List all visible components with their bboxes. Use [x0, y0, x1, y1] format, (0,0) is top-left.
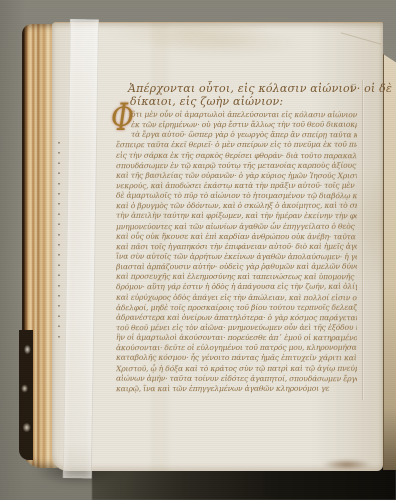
- stain-top-edge: [150, 28, 300, 58]
- manuscript-text-line: ἔσπειρε ταῦτα ἐκεῖ θεριεῖ· ὁ μὲν σπείρων…: [116, 140, 357, 151]
- facing-page-fore-edge: [383, 54, 396, 470]
- manuscript-text-line: καὶ τῆς βασιλείας τῶν οὐρανῶν· ὁ γὰρ κύρ…: [116, 171, 357, 182]
- manuscript-text-line: μνημονεύοντες καὶ τῶν αἰωνίων ἀγαθῶν ὧν …: [116, 221, 357, 232]
- manuscript-text-line: καὶ πᾶσι τοῖς ἠγαπηκόσι τὴν ἐπιφάνειαν α…: [116, 242, 357, 253]
- manuscript-photo: Ἀπέρχονται οὗτοι, εἰς κόλασιν αἰώνιον· ο…: [0, 0, 396, 500]
- manuscript-text-line: Χριστοῦ, ᾧ ἡ δόξα καὶ τὸ κράτος σὺν τῷ π…: [116, 363, 357, 374]
- manuscript-text-line: καταβολῆς κόσμου· ἧς γένοιτο πάντας ἡμᾶς…: [116, 353, 357, 364]
- pricking-holes: [58, 142, 60, 344]
- crease-right: [362, 80, 363, 400]
- manuscript-text-line: καὶ οὖς οὐκ ἤκουσε καὶ ἐπὶ καρδίαν ἀνθρώ…: [116, 231, 357, 242]
- manuscript-text-line: καὶ εὐρύχωρος ὁδὸς ἀπάγει εἰς τὴν ἀπώλει…: [116, 292, 357, 303]
- body-text-block: ὅτι μὲν οὖν οἱ ἁμαρτωλοὶ ἀπελεύσονται εἰ…: [116, 110, 358, 394]
- manuscript-text-line: ὅτι μὲν οὖν οἱ ἁμαρτωλοὶ ἀπελεύσονται εἰ…: [116, 110, 357, 121]
- manuscript-text-line: ἀδελφοί, μηδὲ τοῖς προσκαίροις τοῦ βίου …: [116, 302, 357, 313]
- manuscript-text-line: νεκρούς, καὶ ἀποδώσει ἑκάστῳ κατὰ τὴν πρ…: [116, 181, 357, 192]
- manuscript-text-line: ἵνα σὺν αὐτοῖς τῶν ἀρρήτων ἐκείνων ἀγαθῶ…: [116, 252, 357, 263]
- manuscript-text-line: δρόμον· αὕτη γάρ ἐστιν ἡ ὁδὸς ἡ ἀπάγουσα…: [116, 282, 357, 293]
- manuscript-text-line: ἀδρανέστερα καὶ ὀνείρων ἀπατηλότερα· ὁ γ…: [116, 313, 357, 324]
- manuscript-text-line: τοῦ θεοῦ μένει εἰς τὸν αἰῶνα· μνημονεύωμ…: [116, 323, 357, 334]
- binding-edge: [19, 330, 33, 460]
- text-block: Ἀπέρχονται οὗτοι, εἰς κόλασιν αἰώνιον· ο…: [116, 82, 366, 108]
- manuscript-text-line: εἰς τὴν σάρκα ἐκ τῆς σαρκὸς θερίσει φθορ…: [116, 150, 357, 161]
- manuscript-text-line: καιρῷ, ἵνα καὶ τῶν ἐπηγγελμένων ἀγαθῶν κ…: [116, 384, 330, 395]
- manuscript-text-line: σπουδάσωμεν ἐν τῷ καιρῷ τούτῳ τῆς μετανο…: [116, 160, 357, 171]
- heading-line-1: Ἀπέρχονται οὗτοι, εἰς κόλασιν αἰώνιον· ο…: [116, 82, 366, 95]
- manuscript-text-line: αἰώνων ἀμήν· ταῦτα τοίνυν εἰδότες ἀγαπητ…: [116, 373, 357, 384]
- smudge-bottom-edge: [322, 459, 372, 470]
- manuscript-text-line: τὴν ἀπειλὴν ταύτην καὶ φρίξωμεν, καὶ τὴν…: [116, 211, 357, 222]
- heading-line-2: δίκαιοι, εἰς ζωὴν αἰώνιον:: [116, 95, 366, 108]
